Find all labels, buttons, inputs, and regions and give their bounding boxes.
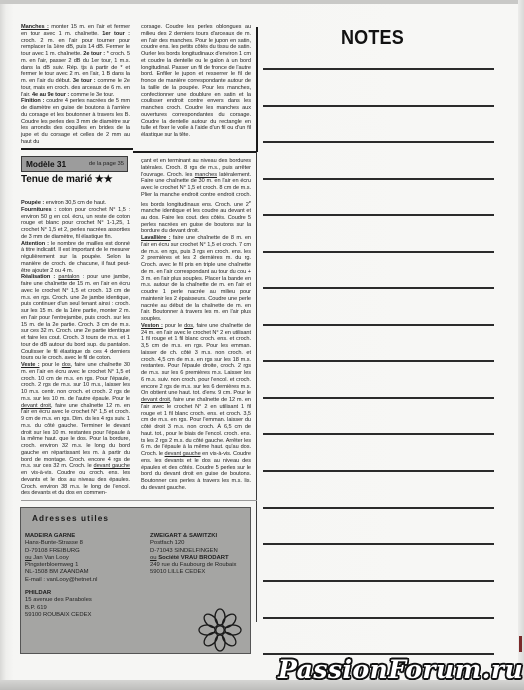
manches-text-2: manche identique et les coudre au devant…	[141, 208, 251, 234]
column-rule-top	[256, 27, 258, 152]
address-line: Jan Van Looy	[32, 555, 69, 561]
devant-droit-label: devant droit	[21, 403, 51, 409]
veston-devant-gauche: devant gauche	[165, 451, 201, 457]
address-line: B.P. 619	[25, 605, 135, 612]
note-line[interactable]	[263, 617, 494, 619]
address-line: Société VRAU BRODART	[157, 555, 229, 561]
note-line[interactable]	[263, 141, 494, 143]
tour2-label: 2e tour :	[83, 51, 105, 57]
instructions-column-main-left: Poupée : environ 30,5 cm de haut. Fourni…	[21, 200, 130, 497]
address-phildar: PHILDAR 15 avenue des Paraboles B.P. 619…	[25, 590, 135, 619]
model-header: Modèle 31 de la page 35	[21, 156, 128, 172]
page-right-edge	[518, 0, 524, 690]
pantalon-text: : pour une jambe, faire une chaînette de…	[21, 274, 130, 361]
address-line: D-79108 FREIBURG	[25, 548, 135, 555]
page-top-edge	[0, 0, 524, 4]
address-line: D-71043 SINDELFINGEN	[150, 548, 255, 555]
addresses-title: Adresses utiles	[32, 514, 109, 523]
veston-pre: pour le	[163, 323, 184, 329]
model-number: Modèle 31	[26, 159, 66, 169]
instructions-column-main-right: çant et en terminant au niveau des bordu…	[141, 158, 251, 492]
box-top-rule	[21, 500, 257, 501]
address-zweigart: ZWEIGART & SAWITZKI Postfach 120 D-71043…	[150, 533, 255, 577]
pantalon-label: pantalon	[58, 274, 79, 280]
column-rule-main	[256, 152, 257, 622]
note-line[interactable]	[263, 178, 494, 180]
address-line: 59100 ROUBAIX CEDEX	[25, 612, 135, 619]
note-line[interactable]	[263, 68, 494, 70]
poupee-label: Poupée :	[21, 200, 44, 206]
note-line[interactable]	[263, 580, 494, 582]
model-page-reference: de la page 35	[89, 161, 124, 167]
attention-label: Attention :	[21, 241, 49, 247]
note-line[interactable]	[263, 433, 494, 435]
magazine-page: Manches : monter 15 m. en l'air et ferme…	[0, 0, 524, 690]
finition-label: Finition :	[21, 98, 44, 104]
company-name: PHILDAR	[25, 590, 135, 597]
veston-dos: dos	[184, 323, 193, 329]
finition-text: coudre 4 perles nacrées de 5 mm de diamè…	[21, 98, 130, 145]
tour4-label: 4e au 9e tour :	[32, 92, 69, 98]
veston-text-2: , faire une chaînette de 12 m. en l'air …	[141, 397, 251, 457]
notes-title: NOTES	[341, 27, 404, 50]
superscript: e	[249, 199, 251, 204]
note-line[interactable]	[263, 287, 494, 289]
veste-text-2: , faire une chaînette 12 m. en l'air en …	[21, 403, 130, 470]
realisation-label: Réalisation :	[21, 274, 55, 280]
veste-dos: dos	[62, 362, 71, 368]
veston-text-3: en vis-à-vis. Coudre ens. les devants et…	[141, 451, 251, 491]
address-line: Postfach 120	[150, 540, 255, 547]
address-line: Hans-Bunte-Strasse 8	[25, 540, 135, 547]
section-divider-right	[133, 151, 257, 153]
tour1-label: 1er tour :	[102, 31, 130, 37]
address-line: Pingsterbloemweg 1	[25, 562, 135, 569]
company-name: MADEIRA GARNE	[25, 533, 135, 540]
page-bottom-edge	[0, 680, 524, 690]
devant-gauche-label: devant gauche	[94, 463, 130, 469]
note-line[interactable]	[263, 360, 494, 362]
note-line[interactable]	[263, 105, 494, 107]
note-line[interactable]	[263, 397, 494, 399]
address-line: NL-1508 BM ZAANDAM	[25, 569, 135, 576]
note-line[interactable]	[263, 214, 494, 216]
veston-label: Veston :	[141, 323, 163, 329]
veste-text-3: en vis-à-vis. Coudre ou croch. ens. les …	[21, 470, 130, 496]
section-divider-left	[21, 148, 133, 150]
address-line: 15 avenue des Paraboles	[25, 597, 135, 604]
email-line: E-mail : vanLooy@hetnet.nl	[25, 577, 135, 584]
lavalliere-text: faire une chaînette de 8 m. en l'air en …	[141, 235, 251, 322]
poupee-text: environ 30,5 cm de haut.	[44, 200, 106, 206]
veste-text: , faire une chaînette 30 m. en l'air en …	[21, 362, 130, 402]
instructions-column-top-right: corsage. Coudre les perles oblongues au …	[141, 24, 251, 139]
note-line[interactable]	[263, 251, 494, 253]
manches-underlined: manches	[195, 172, 217, 178]
veston-devant-droit: devant droit	[141, 397, 170, 403]
address-line: 249 rue du Faubourg de Roubaix	[150, 562, 255, 569]
fournitures-label: Fournitures :	[21, 207, 56, 213]
manches-label: Manches :	[21, 24, 49, 30]
lavalliere-label: Lavallière :	[141, 235, 171, 241]
tour3-label: 3e tour :	[73, 78, 96, 84]
note-line[interactable]	[263, 470, 494, 472]
article-title: Tenue de marié ★★	[21, 174, 131, 185]
page-edge-tab	[519, 636, 522, 652]
address-madeira: MADEIRA GARNE Hans-Bunte-Strasse 8 D-791…	[25, 533, 135, 584]
company-name: ZWEIGART & SAWITZKI	[150, 533, 255, 540]
tour4-text: comme le 3e tour.	[69, 92, 114, 98]
instructions-column-top-left: Manches : monter 15 m. en l'air et ferme…	[21, 24, 130, 146]
finition-continued-text: corsage. Coudre les perles oblongues au …	[141, 24, 251, 139]
useful-addresses-box: Adresses utiles MADEIRA GARNE Hans-Bunte…	[20, 507, 251, 654]
address-line: 59010 LILLE CEDEX	[150, 569, 255, 576]
veste-label: Veste :	[21, 362, 40, 368]
note-line[interactable]	[263, 324, 494, 326]
flower-icon	[196, 606, 244, 654]
veste-pre: pour le	[40, 362, 62, 368]
note-line[interactable]	[263, 507, 494, 509]
veston-text: , faire une chaînette de 24 m. en l'air …	[141, 323, 251, 397]
note-line[interactable]	[263, 543, 494, 545]
